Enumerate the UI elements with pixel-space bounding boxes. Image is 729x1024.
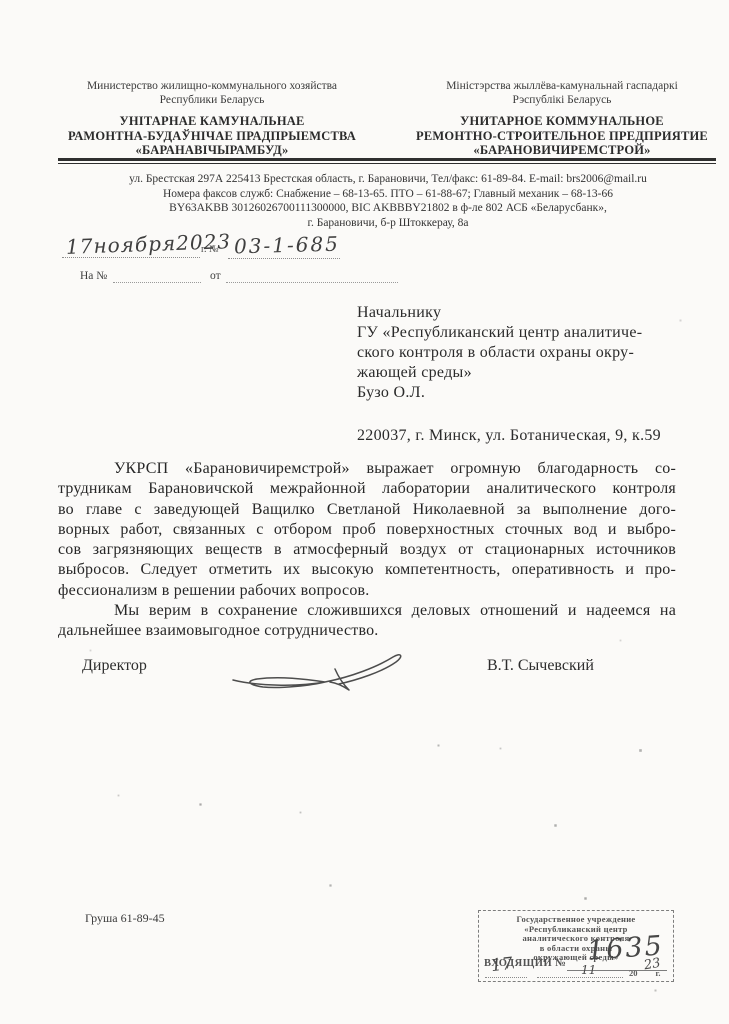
- contacts-line-bank-account: BY63AKBB 30126026700111300000, BIC AKBBB…: [58, 201, 718, 216]
- contacts-line-address: ул. Брестская 297А 225413 Брестская обла…: [58, 172, 718, 187]
- ministry-name-left-line1: Министерство жилищно-коммунального хозяй…: [62, 79, 362, 93]
- addressee-block: Начальнику ГУ «Республиканский центр ана…: [357, 303, 661, 446]
- org-name-right: УНИТАРНОЕ КОММУНАЛЬНОЕ РЕМОНТНО-СТРОИТЕЛ…: [408, 114, 716, 158]
- body-line: сов загрязняющих веществ в атмосферный в…: [58, 540, 676, 560]
- date-dotted-line: [62, 257, 200, 258]
- stamp-handwritten-day: 17: [490, 954, 514, 976]
- org-name-right-line1: УНИТАРНОЕ КОММУНАЛЬНОЕ: [408, 114, 716, 129]
- reply-from-label: от: [210, 270, 221, 282]
- executor-phone: Груша 61-89-45: [85, 911, 165, 926]
- stamp-year-prefix: 20: [629, 968, 638, 978]
- reply-to-number-label: На №: [80, 270, 107, 282]
- letterhead-right: Міністэрства жыллёва-камунальнай гаспада…: [408, 79, 716, 158]
- addressee-org-line2: ского контроля в области охраны окру-: [357, 343, 661, 363]
- scanned-letter-page: Министерство жилищно-коммунального хозяй…: [0, 0, 729, 1024]
- addressee-postal-address: 220037, г. Минск, ул. Ботаническая, 9, к…: [357, 426, 661, 446]
- org-name-left-line1: УНІТАРНАЕ КАМУНАЛЬНАЕ: [62, 114, 362, 129]
- body-line: во главе с заведующей Ващилко Светланой …: [58, 500, 676, 520]
- stamp-handwritten-year: 23: [643, 956, 662, 974]
- stamp-day-line: [485, 977, 527, 978]
- handwritten-signature: [225, 648, 425, 698]
- org-name-left: УНІТАРНАЕ КАМУНАЛЬНАЕ РАМОНТНА-БУДАЎНІЧА…: [62, 114, 362, 158]
- org-name-right-line2: РЕМОНТНО-СТРОИТЕЛЬНОЕ ПРЕДПРИЯТИЕ: [408, 129, 716, 144]
- org-name-left-line3: «БАРАНАВІЧЫРАМБУД»: [62, 143, 362, 158]
- signer-title: Директор: [82, 657, 147, 675]
- stamp-handwritten-month: 11: [581, 963, 596, 977]
- addressee-org-line3: жающей среды»: [357, 363, 661, 383]
- org-name-left-line2: РАМОНТНА-БУДАЎНІЧАЕ ПРАДПРЫЕМСТВА: [62, 129, 362, 144]
- contacts-block: ул. Брестская 297А 225413 Брестская обла…: [58, 172, 718, 230]
- outgoing-number-label: г. №: [201, 244, 219, 255]
- body-line: трудникам Барановичской межрайонной лабо…: [58, 479, 676, 499]
- body-line: фессионализм в решении рабочих вопросов.: [58, 581, 676, 601]
- ministry-name-left-line2: Республики Беларусь: [62, 93, 362, 107]
- ministry-name-right-line2: Рэспублікі Беларусь: [408, 93, 716, 107]
- handwritten-outgoing-number: 03-1-685: [234, 232, 340, 259]
- contacts-line-bank-address: г. Барановичи, б-р Штоккерау, 8а: [58, 216, 718, 231]
- stamp-month-line: [537, 977, 623, 978]
- letter-body: УКРСП «Барановичиремстрой» выражает огро…: [58, 459, 676, 642]
- addressee-person: Бузо О.Л.: [357, 383, 661, 403]
- reply-number-dotted-line: [113, 282, 201, 283]
- body-line: УКРСП «Барановичиремстрой» выражает огро…: [58, 459, 676, 479]
- org-name-right-line3: «БАРАНОВИЧИРЕМСТРОЙ»: [408, 143, 716, 158]
- body-line: ворных работ, связанных с отбором проб п…: [58, 520, 676, 540]
- scan-noise: [0, 0, 1, 1]
- reply-date-dotted-line: [226, 282, 398, 283]
- addressee-org-line1: ГУ «Республиканский центр аналитиче-: [357, 323, 661, 343]
- incoming-registration-stamp: Государственное учреждение «Республиканс…: [478, 910, 674, 982]
- body-line: выбросов. Следует отметить их высокую ко…: [58, 560, 676, 580]
- body-line: дальнейшее взаимовыгодное сотрудничество…: [58, 621, 676, 641]
- letterhead-divider-rule: [58, 158, 716, 164]
- ministry-name-right-line1: Міністэрства жыллёва-камунальнай гаспада…: [408, 79, 716, 93]
- number-dotted-line: [228, 258, 340, 259]
- letterhead-left: Министерство жилищно-коммунального хозяй…: [62, 79, 362, 158]
- body-line: Мы верим в сохранение сложившихся деловы…: [58, 601, 676, 621]
- contacts-line-fax-numbers: Номера факсов служб: Снабжение – 68-13-6…: [58, 187, 718, 202]
- addressee-title: Начальнику: [357, 303, 661, 323]
- signer-name: В.Т. Сычевский: [487, 657, 594, 675]
